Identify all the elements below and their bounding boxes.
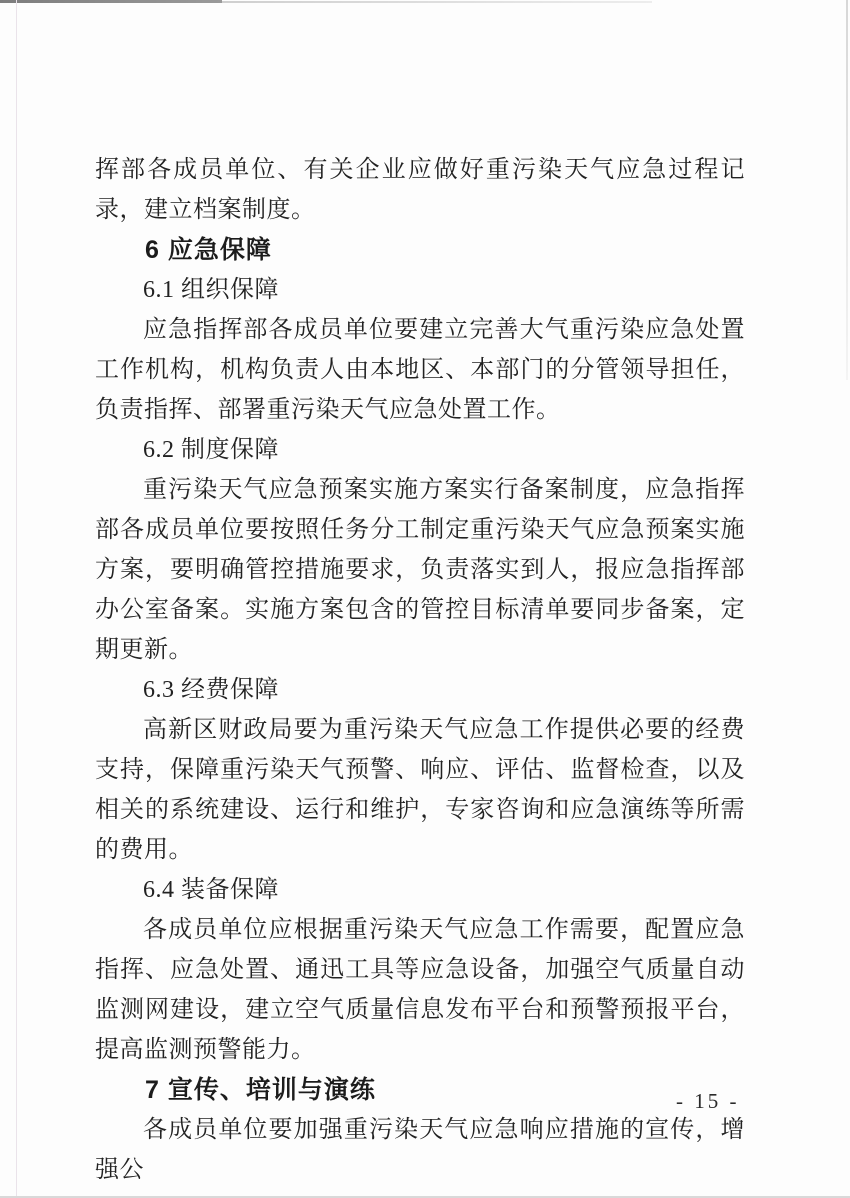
section-heading-7-publicity-training-drills: 7 宣传、培训与演练 [95, 1070, 745, 1110]
subsection-heading-6-2-institutional-support: 6.2 制度保障 [95, 430, 745, 470]
document-content: 挥部各成员单位、有关企业应做好重污染天气应急过程记录，建立档案制度。 6 应急保… [95, 150, 745, 1190]
scan-artifact-left-line [16, 0, 17, 1198]
subsection-heading-6-1-organizational-support: 6.1 组织保障 [95, 270, 745, 310]
paragraph-6-2-body: 重污染天气应急预案实施方案实行备案制度，应急指挥部各成员单位要按照任务分工制定重… [95, 470, 745, 670]
section-heading-6-emergency-support: 6 应急保障 [95, 230, 745, 270]
scan-artifact-right-line [846, 0, 848, 380]
subsection-heading-6-3-funding-support: 6.3 经费保障 [95, 670, 745, 710]
scan-artifact-top-dark-line [0, 0, 222, 3]
paragraph-6-1-body: 应急指挥部各成员单位要建立完善大气重污染应急处置工作机构，机构负责人由本地区、本… [95, 310, 745, 430]
paragraph-6-3-body: 高新区财政局要为重污染天气应急工作提供必要的经费支持，保障重污染天气预警、响应、… [95, 710, 745, 870]
scan-artifact-top-light-line [222, 1, 652, 3]
page-number: - 15 - [676, 1089, 740, 1114]
paragraph-continued-from-previous-page: 挥部各成员单位、有关企业应做好重污染天气应急过程记录，建立档案制度。 [95, 150, 745, 230]
document-page: 挥部各成员单位、有关企业应做好重污染天气应急过程记录，建立档案制度。 6 应急保… [0, 0, 850, 1198]
paragraph-6-4-body: 各成员单位应根据重污染天气应急工作需要，配置应急指挥、应急处置、通迅工具等应急设… [95, 910, 745, 1070]
paragraph-7-body: 各成员单位要加强重污染天气应急响应措施的宣传，增强公 [95, 1110, 745, 1190]
subsection-heading-6-4-equipment-support: 6.4 装备保障 [95, 870, 745, 910]
